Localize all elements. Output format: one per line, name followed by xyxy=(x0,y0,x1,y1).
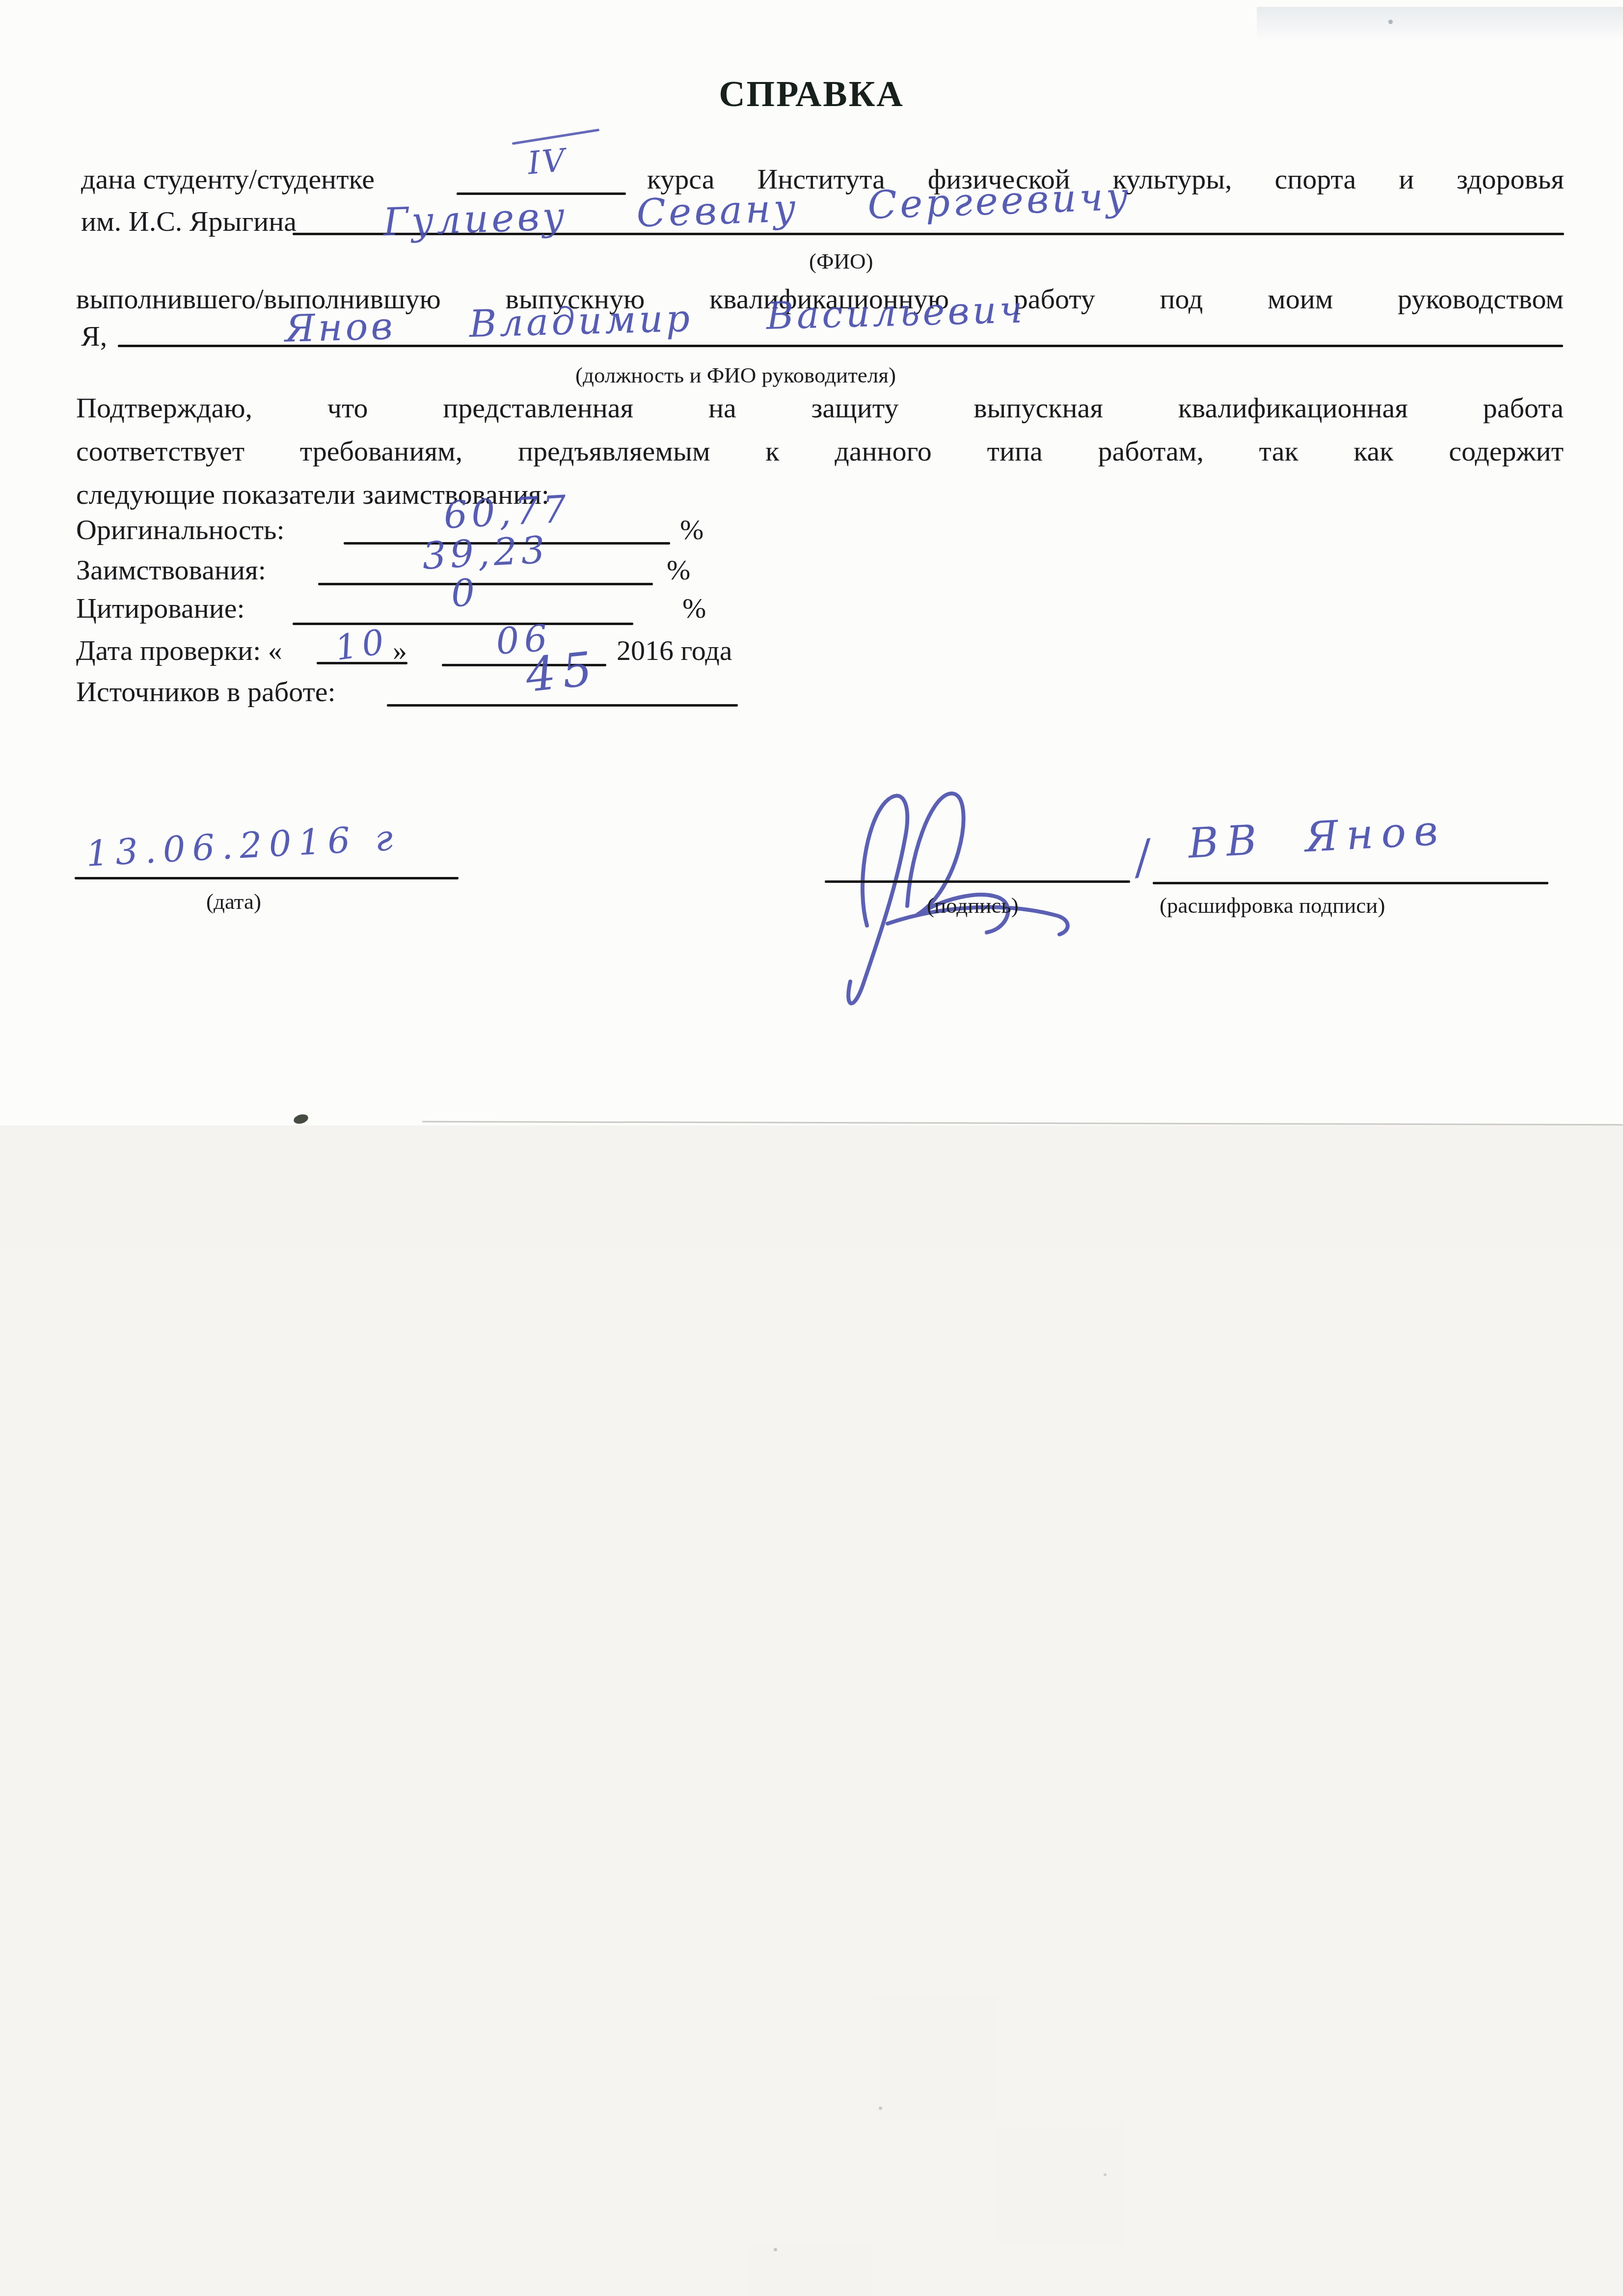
page-fold-line xyxy=(422,1121,1623,1125)
signature-underline xyxy=(825,880,1130,883)
dust-speck-1 xyxy=(1388,20,1393,24)
supervisor-prefix: Я, xyxy=(81,320,107,353)
scanned-certificate-page: СПРАВКА дана студенту/студентке IV курса… xyxy=(0,0,1623,2296)
signature-caption: (подпись) xyxy=(927,893,1019,918)
sources-label: Источников в работе: xyxy=(76,676,336,709)
page-title: СПРАВКА xyxy=(0,74,1623,115)
check-date-close-quote: » xyxy=(393,634,407,667)
pencil-speck xyxy=(293,1113,309,1125)
intro-text-before-course: дана студенту/студентке xyxy=(81,163,375,196)
metric-label-citation: Цитирование: xyxy=(76,592,245,625)
name-caption: (расшифровка подписи) xyxy=(1160,893,1385,918)
scan-noise-top xyxy=(1257,7,1623,41)
date-caption: (дата) xyxy=(206,889,261,914)
course-value-handwritten: IV xyxy=(526,145,568,180)
slash-separator: / xyxy=(1131,834,1154,881)
confirmation-line-1: Подтверждаю, что представленная на защит… xyxy=(76,392,1564,425)
footer-date-handwritten: 13.06.2016 г xyxy=(85,820,401,871)
supervisor-caption: (должность и ФИО руководителя) xyxy=(575,362,896,388)
lower-sheet-tint xyxy=(0,1125,1623,2296)
metric-label-originality: Оригинальность: xyxy=(76,514,285,547)
check-date-prefix: Дата проверки: « xyxy=(76,634,282,667)
footer-date-underline xyxy=(75,877,459,879)
dust-speck-4 xyxy=(774,2248,777,2251)
signature-name-underline xyxy=(1153,882,1548,884)
dust-speck-3 xyxy=(1104,2173,1107,2176)
metric-unit-citation: % xyxy=(682,592,706,625)
fio-caption: (ФИО) xyxy=(809,248,873,274)
metric-unit-originality: % xyxy=(680,514,703,547)
signature-name-handwritten: ВВ Янов xyxy=(1187,809,1446,864)
student-name-handwritten: Гулиеву Севану Сергеевичу xyxy=(382,177,1132,242)
metric-label-borrowings: Заимствования: xyxy=(76,554,266,587)
course-overline-stroke xyxy=(512,129,600,145)
institute-name-label: им. И.С. Ярыгина xyxy=(81,205,297,238)
metric-unit-borrowings: % xyxy=(667,554,690,587)
dust-speck-2 xyxy=(879,2106,882,2110)
confirmation-line-2: соответствует требованиям, предъявляемым… xyxy=(76,435,1564,468)
